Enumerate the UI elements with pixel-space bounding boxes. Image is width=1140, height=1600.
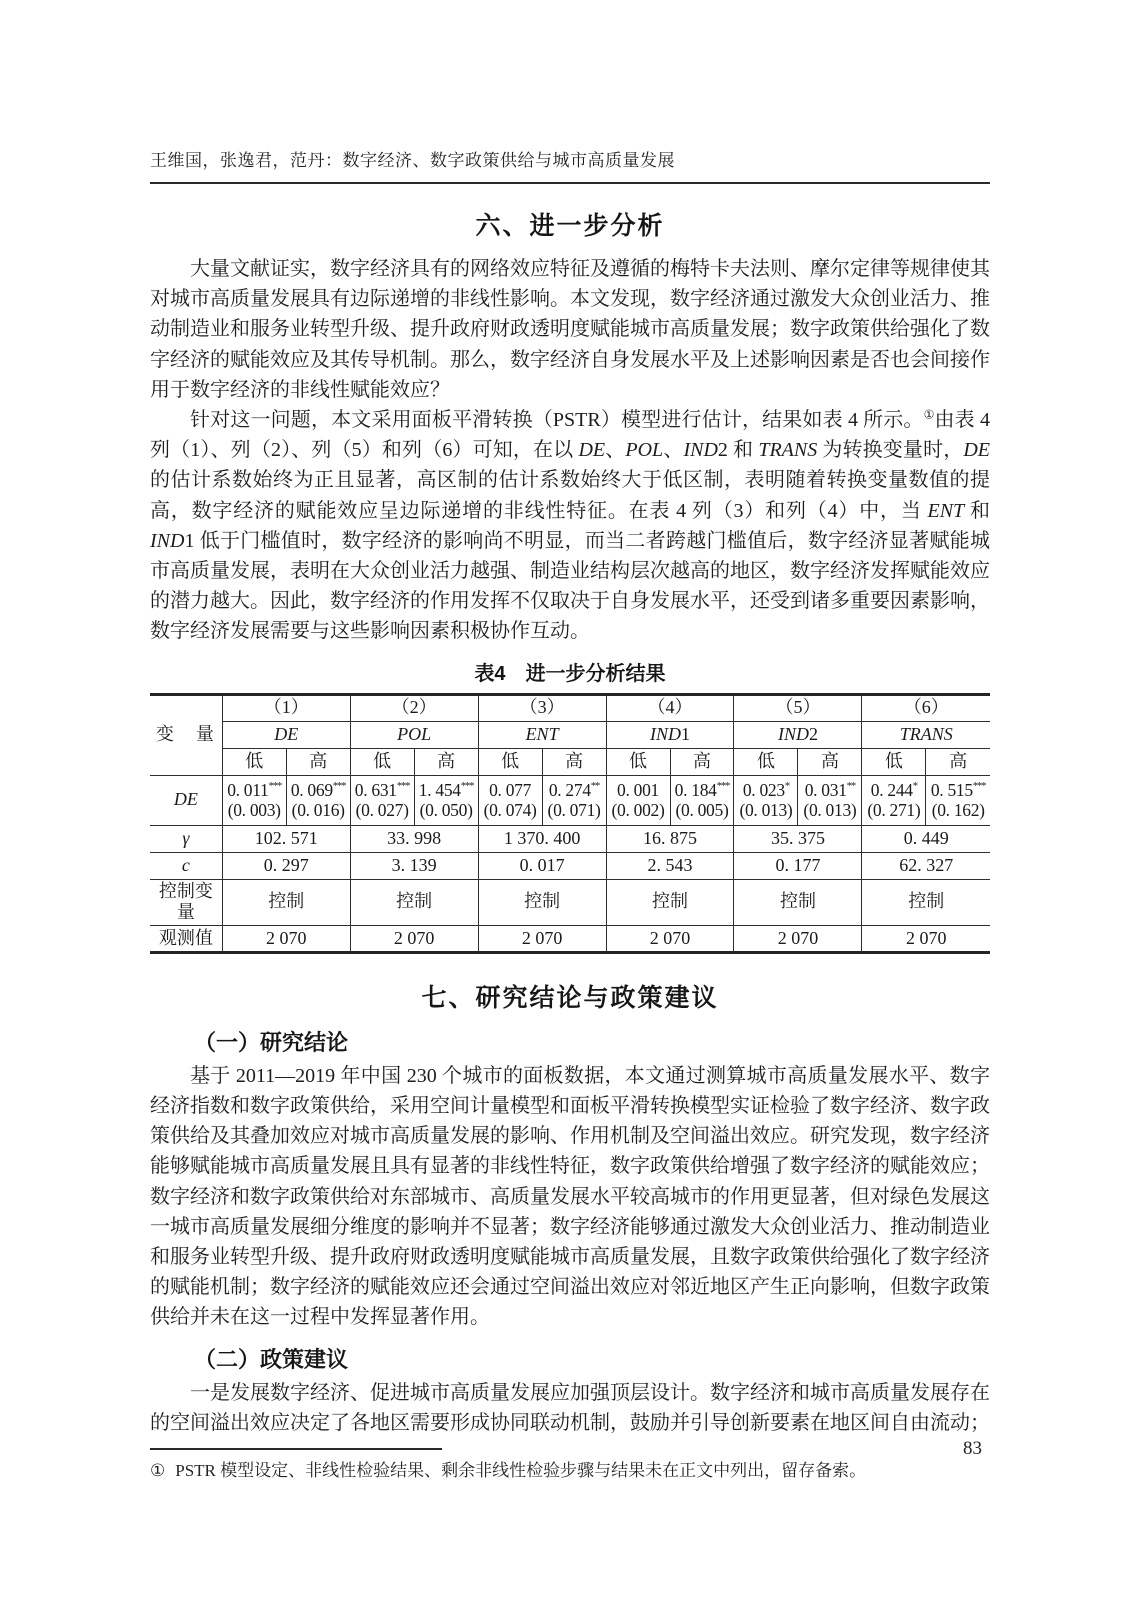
table4-de-label: DE xyxy=(150,775,222,825)
table4-c-value-5: 0. 177 xyxy=(734,852,862,879)
table4-observations-value-4: 2 070 xyxy=(606,925,734,952)
table4-de-coefficient-cell-6: 0. 274**(0. 071) xyxy=(542,775,606,825)
table4-controls-label: 控制变量 xyxy=(150,879,222,925)
table4-observations-value-2: 2 070 xyxy=(350,925,478,952)
table4-de-coefficient-cell-1: 0. 011***(0. 003) xyxy=(222,775,286,825)
table4-de-coefficient-cell-8: 0. 184***(0. 005) xyxy=(670,775,734,825)
table4-gamma-label: γ xyxy=(150,825,222,852)
table4-controls-value-6: 控制 xyxy=(862,879,990,925)
table4-controls-value-4: 控制 xyxy=(606,879,734,925)
table4-caption: 表4进一步分析结果 xyxy=(150,657,990,686)
table4-c-label: c xyxy=(150,852,222,879)
footnote-divider xyxy=(150,1448,442,1450)
table4-de-coefficient-cell-11: 0. 244*(0. 271) xyxy=(862,775,926,825)
table4-gamma-value-3: 1 370. 400 xyxy=(478,825,606,852)
table4-regime-low-6: 低 xyxy=(862,748,926,775)
section7-title: 七、研究结论与政策建议 xyxy=(150,978,990,1014)
table4-regime-high-4: 高 xyxy=(670,748,734,775)
table4-observations-value-1: 2 070 xyxy=(222,925,350,952)
table4-regime-high-6: 高 xyxy=(926,748,990,775)
table4-gamma-value-2: 33. 998 xyxy=(350,825,478,852)
table4-de-coefficient-cell-4: 1. 454***(0. 050) xyxy=(414,775,478,825)
table4-model-number-1: （1） xyxy=(222,694,350,721)
table4-observations-value-3: 2 070 xyxy=(478,925,606,952)
table4-transition-variable-5: IND2 xyxy=(734,721,862,748)
section6-paragraph-2: 针对这一问题，本文采用面板平滑转换（PSTR）模型进行估计，结果如表 4 所示。… xyxy=(150,405,990,647)
table4-observations-value-6: 2 070 xyxy=(862,925,990,952)
section7-sub2-title: （二）政策建议 xyxy=(150,1343,990,1374)
table4-model-number-5: （5） xyxy=(734,694,862,721)
table4-gamma-value-4: 16. 875 xyxy=(606,825,734,852)
footnote: ①PSTR 模型设定、非线性检验结果、剩余非线性检验步骤与结果未在正文中列出，留… xyxy=(150,1459,990,1483)
table4-de-coefficient-cell-10: 0. 031**(0. 013) xyxy=(798,775,862,825)
table4-de-coefficient-cell-12: 0. 515***(0. 162) xyxy=(926,775,990,825)
section6-title: 六、进一步分析 xyxy=(150,206,990,242)
table4-c-value-2: 3. 139 xyxy=(350,852,478,879)
footnote-text: PSTR 模型设定、非线性检验结果、剩余非线性检验步骤与结果未在正文中列出，留存… xyxy=(175,1461,866,1480)
table4-regime-high-2: 高 xyxy=(414,748,478,775)
section7-sub2-paragraph: 一是发展数字经济、促进城市高质量发展应加强顶层设计。数字经济和城市高质量发展存在… xyxy=(150,1378,990,1438)
running-head: 王维国，张逸君，范丹：数字经济、数字政策供给与城市高质量发展 xyxy=(150,146,990,184)
table4-de-coefficient-cell-2: 0. 069***(0. 016) xyxy=(286,775,350,825)
table4-model-number-2: （2） xyxy=(350,694,478,721)
table4-controls-value-3: 控制 xyxy=(478,879,606,925)
table4-regime-low-3: 低 xyxy=(478,748,542,775)
table4-controls-value-1: 控制 xyxy=(222,879,350,925)
table4-c-value-1: 0. 297 xyxy=(222,852,350,879)
table4-transition-variable-3: ENT xyxy=(478,721,606,748)
table4-regime-high-5: 高 xyxy=(798,748,862,775)
table4-caption-label: 表4 xyxy=(474,663,505,685)
table4-gamma-value-1: 102. 571 xyxy=(222,825,350,852)
table4-regime-low-2: 低 xyxy=(350,748,414,775)
table4-c-value-4: 2. 543 xyxy=(606,852,734,879)
table4-c-value-3: 0. 017 xyxy=(478,852,606,879)
table4-model-number-4: （4） xyxy=(606,694,734,721)
table4-regime-low-1: 低 xyxy=(222,748,286,775)
paper-page: 王维国，张逸君，范丹：数字经济、数字政策供给与城市高质量发展 六、进一步分析 大… xyxy=(0,0,1140,1600)
table4-transition-variable-4: IND1 xyxy=(606,721,734,748)
table4-de-coefficient-cell-9: 0. 023*(0. 013) xyxy=(734,775,798,825)
table4-transition-variable-2: POL xyxy=(350,721,478,748)
table4-transition-variable-6: TRANS xyxy=(862,721,990,748)
section7-sub1-title: （一）研究结论 xyxy=(150,1026,990,1057)
table4-gamma-value-5: 35. 375 xyxy=(734,825,862,852)
table4-transition-variable-1: DE xyxy=(222,721,350,748)
table4-de-coefficient-cell-5: 0. 077(0. 074) xyxy=(478,775,542,825)
section7-sub1-paragraph: 基于 2011—2019 年中国 230 个城市的面板数据，本文通过测算城市高质… xyxy=(150,1061,990,1333)
table4-gamma-value-6: 0. 449 xyxy=(862,825,990,852)
table4-model-number-3: （3） xyxy=(478,694,606,721)
table4-regime-low-5: 低 xyxy=(734,748,798,775)
table4-regime-low-4: 低 xyxy=(606,748,670,775)
table4-controls-value-5: 控制 xyxy=(734,879,862,925)
table4-de-coefficient-cell-7: 0. 001(0. 002) xyxy=(606,775,670,825)
table4-stub-head: 变 量 xyxy=(150,694,222,775)
page-number: 83 xyxy=(963,1438,982,1460)
table4-caption-text: 进一步分析结果 xyxy=(526,663,666,685)
table4: 变 量（1）（2）（3）（4）（5）（6）DEPOLENTIND1IND2TRA… xyxy=(150,693,990,954)
table4-model-number-6: （6） xyxy=(862,694,990,721)
section6-paragraph-1: 大量文献证实，数字经济具有的网络效应特征及遵循的梅特卡夫法则、摩尔定律等规律使其… xyxy=(150,254,990,405)
footnote-marker: ① xyxy=(150,1461,165,1480)
table4-regime-high-3: 高 xyxy=(542,748,606,775)
table4-regime-high-1: 高 xyxy=(286,748,350,775)
table4-c-value-6: 62. 327 xyxy=(862,852,990,879)
table4-observations-value-5: 2 070 xyxy=(734,925,862,952)
table4-observations-label: 观测值 xyxy=(150,925,222,952)
table4-controls-value-2: 控制 xyxy=(350,879,478,925)
table4-de-coefficient-cell-3: 0. 631***(0. 027) xyxy=(350,775,414,825)
